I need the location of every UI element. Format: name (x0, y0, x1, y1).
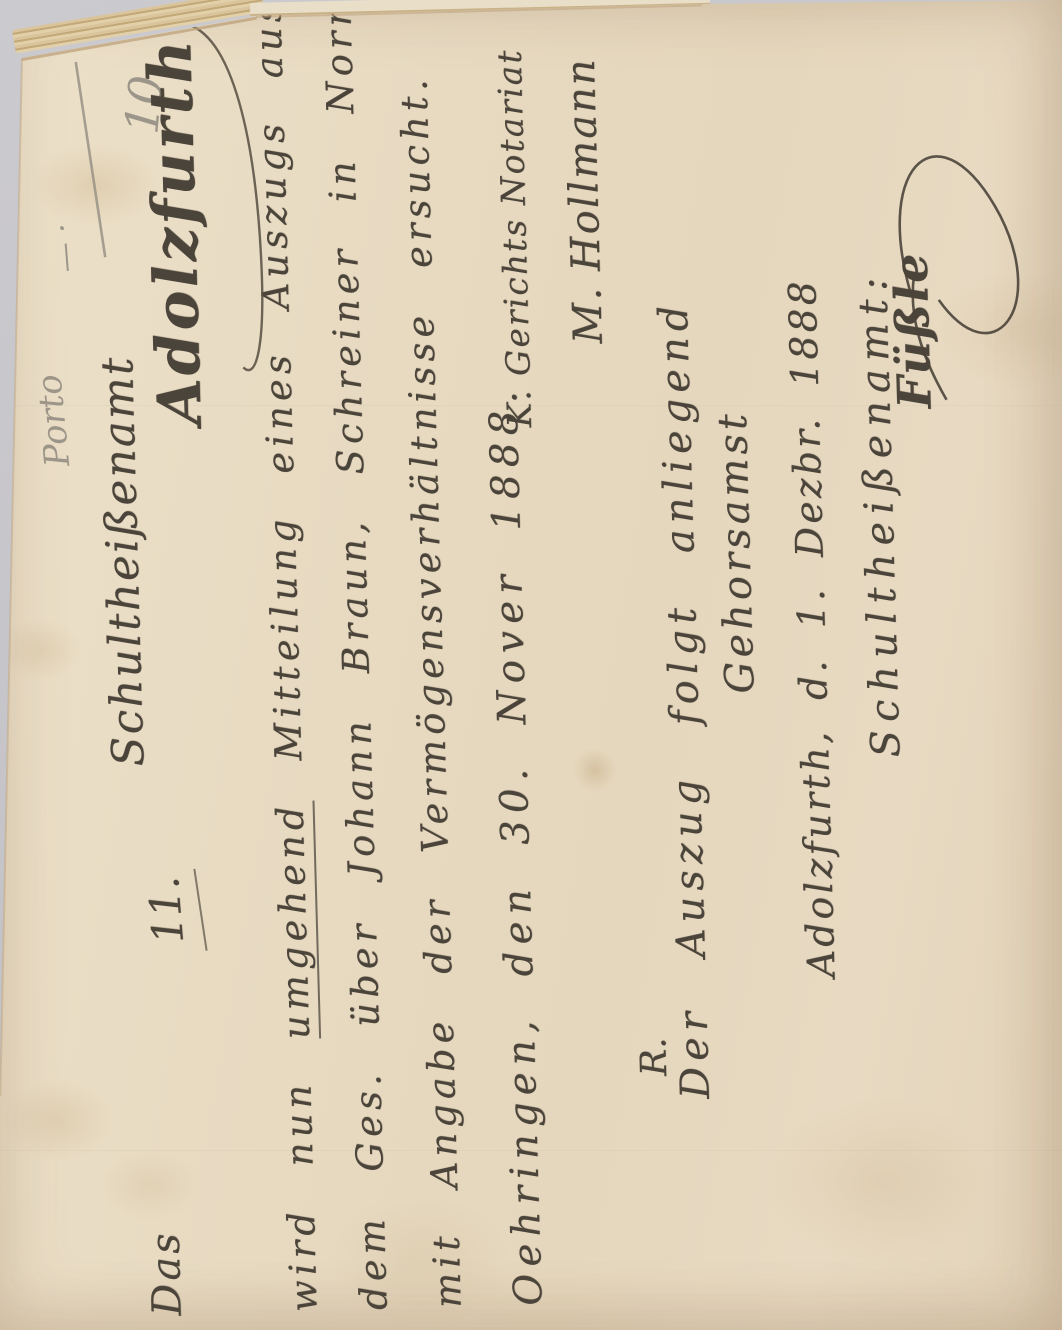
header-place-name: Adolzfurth (135, 37, 216, 427)
rotated-text-layer: Porto — · 10 Das 11. Schultheißenamt Ado… (0, 0, 1062, 1325)
notary-office-signature: K. Gerichts Notariat (490, 48, 540, 428)
reply-marker: R. (633, 1037, 675, 1077)
body-line-1: wird nun umgehend Mitteilung eines Auszu… (242, 0, 325, 1313)
photo-backdrop: Porto — · 10 Das 11. Schultheißenamt Ado… (0, 0, 1062, 1330)
body-line-3: mit Angabe der Vermögensverhältnisse ers… (392, 74, 469, 1309)
document-number: 11. (139, 875, 193, 946)
mayor-signature: Füßle (883, 251, 941, 409)
date-line: Oehringen, den 30. Nover 1888. (481, 384, 552, 1307)
body-line-1-pre: wird nun (276, 1079, 325, 1312)
number-underline (194, 869, 206, 951)
body-line-2: dem Ges. über Johann Braun, Schreiner in… (313, 0, 396, 1311)
header-das: Das (142, 1230, 190, 1317)
pencil-dash-mark: — · (45, 222, 84, 274)
body-line-1-underlined-word: umgehend (269, 801, 322, 1040)
document-page: Porto — · 10 Das 11. Schultheißenamt Ado… (0, 0, 1062, 1330)
pencil-porto-note: Porto (29, 373, 78, 469)
reply-line-1: Der Auszug folgt anliegend (651, 299, 719, 1099)
body-line-1-post: Mitteilung eines Auszugs aus dem (242, 0, 310, 761)
reply-date-line: Adolzfurth, d. 1. Dezbr. 1888 (780, 278, 844, 978)
notary-name-signature: M. Hollmann (558, 57, 612, 344)
reply-closing: Gehorsamst (710, 410, 764, 695)
